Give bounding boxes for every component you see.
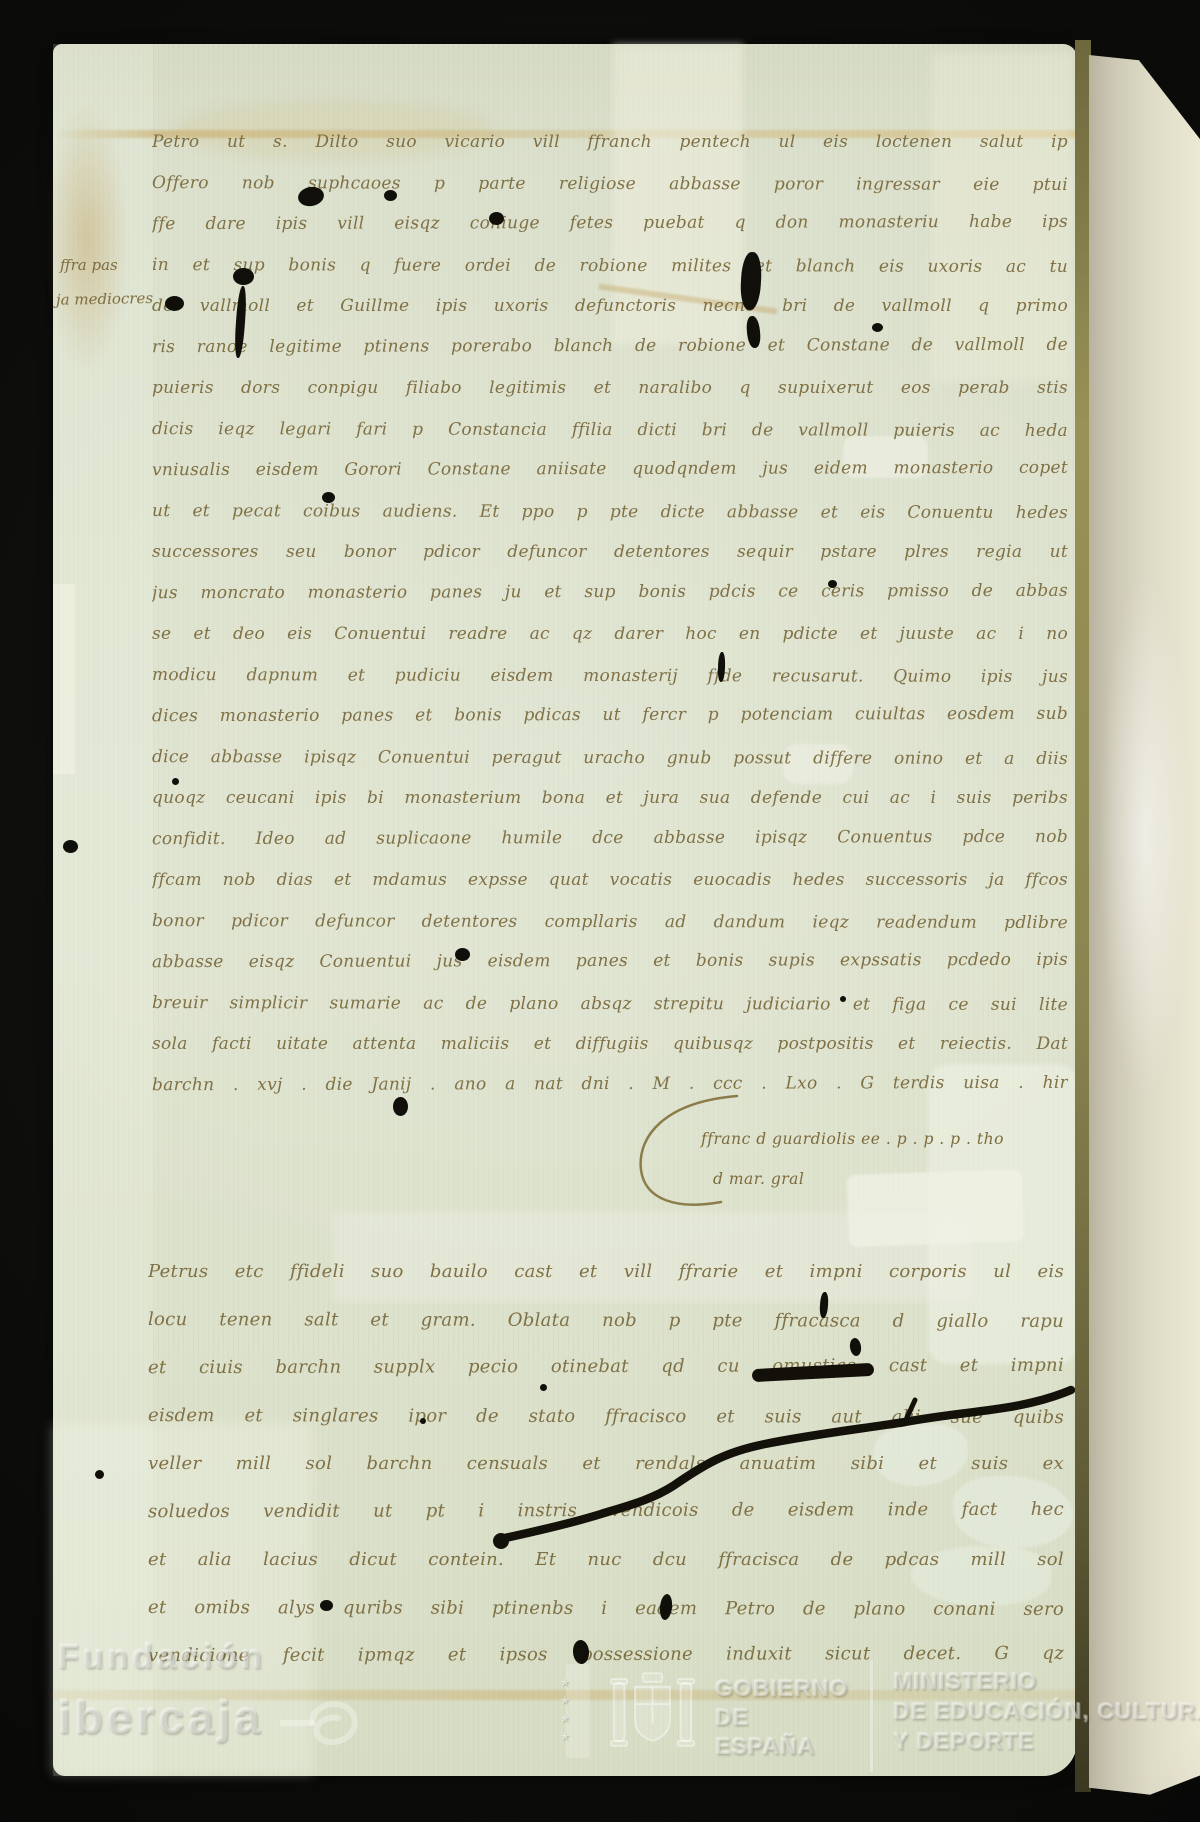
manuscript-line: dice abbasse ipisqz Conuentui peragut ur… [152,737,1068,780]
ink-hole [233,268,254,285]
gobierno-line-1: GOBIERNO [715,1674,852,1703]
manuscript-line: modicu dapnum et pudiciu eisdem monaster… [152,655,1068,698]
manuscript-page: ffra pas ja mediocres Petro ut s. Dilto … [53,44,1077,1776]
stain [53,584,75,774]
margin-note-2: ja mediocres [56,289,153,309]
ink-hole [322,492,335,503]
adjacent-page-edge [1089,48,1200,1800]
manuscript-line: ffcam nob dias et mdamus expsse quat voc… [152,860,1068,901]
margin-note-1: ffra pas [60,256,118,274]
star-icon: ★ [560,1694,570,1707]
scribe-signature-line-2: d mar. gral [713,1170,804,1188]
star-icon: ★ [560,1676,570,1689]
signature-flourish [641,1096,737,1205]
ink-hole [320,1600,333,1611]
manuscript-line: de vallmoll et Guillme ipis uxoris defun… [152,286,1068,327]
manuscript-line: sola facti uitate attenta maliciis et di… [152,1024,1068,1065]
ministerio-line-1: MINISTERIO [893,1666,1200,1696]
manuscript-line: Offero nob suphcaoes p parte religiose a… [152,163,1068,206]
manuscript-text-block-2: Petrus etc ffideli suo bauilo cast et vi… [148,1248,1064,1680]
ministerio-line-3: Y DEPORTE [893,1726,1200,1756]
manuscript-line: eisdem et singlares ipor de stato ffraci… [148,1392,1064,1442]
manuscript-line: ffe dare ipis vill eisqz coniuge fetes p… [152,202,1068,245]
scribe-signature-line-1: ffranc d guardiolis ee . p . p . p . tho [701,1130,1004,1148]
manuscript-line: in et sup bonis q fuere ordei de robione… [152,245,1068,288]
repair-patch [847,1169,1024,1247]
manuscript-line: abbasse eisqz Conuentui jus eisdem panes… [152,940,1068,983]
ink-hole [540,1384,547,1391]
book-gutter [1075,40,1091,1792]
manuscript-line: bonor pdicor defuncor detentores complla… [152,901,1068,944]
manuscript-line: se et deo eis Conuentui readre ac qz dar… [152,614,1068,655]
ink-hole [393,1097,408,1116]
ink-hole [840,996,846,1002]
manuscript-line: et omibs alys quribs sibi ptinenbs i ead… [148,1584,1064,1634]
ink-hole [172,778,179,785]
ink-hole [95,1470,104,1479]
ink-hole [384,190,397,201]
manuscript-line: ut et pecat coibus audiens. Et ppo p pte… [152,491,1068,534]
manuscript-line: dices monasterio panes et bonis pdicas u… [152,694,1068,737]
manuscript-line: dicis ieqz legari fari p Constancia ffil… [152,409,1068,452]
manuscript-line: soluedos vendidit ut pt i instris vendic… [148,1486,1064,1536]
manuscript-line: et alia lacius dicut contein. Et nuc dcu… [148,1536,1064,1584]
manuscript-photo: ffra pas ja mediocres Petro ut s. Dilto … [0,0,1200,1822]
photo-root: { "photo": { "background_color": "#0d0d0… [0,0,1200,1822]
manuscript-line: vniusalis eisdem Gorori Constane aniisat… [152,448,1068,491]
ink-hole [455,948,470,961]
ink-hole [489,212,504,225]
manuscript-line: confidit. Ideo ad suplicaone humile dce … [152,817,1068,860]
manuscript-line: breuir simplicir sumarie ac de plano abs… [152,983,1068,1026]
stain [49,104,133,374]
manuscript-line: locu tenen salt et gram. Oblata nob p pt… [148,1296,1064,1346]
gobierno-line-2: DE ESPAÑA [715,1703,852,1761]
manuscript-line: successores seu bonor pdicor defuncor de… [152,532,1068,573]
watermark-fundacion-text: Fundación [58,1638,360,1677]
watermark-government: ★ ★ ★ ★ GOBIERNO DE ESPAÑA MINISTE [566,1658,1200,1772]
manuscript-line: puieris dors conpigu filiabo legitimis e… [152,368,1068,409]
manuscript-line: veller mill sol barchn censuals et renda… [148,1440,1064,1488]
manuscript-line: barchn . xvj . die Janij . ano a nat dni… [152,1063,1068,1106]
manuscript-text-block-1: Petro ut s. Dilto suo vicario vill ffran… [152,122,1068,1106]
watermark-ministerio-text: MINISTERIO DE EDUCACIÓN, CULTURA Y DEPOR… [893,1666,1200,1756]
manuscript-line: Petrus etc ffideli suo bauilo cast et vi… [148,1248,1064,1296]
spain-coat-of-arms-icon [606,1666,699,1754]
manuscript-line: quoqz ceucani ipis bi monasterium bona e… [152,778,1068,819]
ink-hole [872,323,883,332]
ministerio-line-2: DE EDUCACIÓN, CULTURA [893,1696,1200,1726]
star-icon: ★ [560,1712,570,1725]
watermark-ibercaja-text: ibercaja [58,1694,264,1740]
watermark-divider [870,1660,873,1772]
ibercaja-logo-icon [280,1687,360,1753]
manuscript-line: jus moncrato monasterio panes ju et sup … [152,571,1068,614]
ink-hole [420,1418,426,1424]
watermark-ibercaja: Fundación ibercaja [58,1638,360,1753]
manuscript-line: ris ranoe legitime ptinens porerabo blan… [152,325,1068,368]
ink-hole [63,840,78,853]
flag-bar-icon: ★ ★ ★ ★ [566,1664,590,1758]
star-icon: ★ [560,1730,570,1743]
watermark-gobierno-text: GOBIERNO DE ESPAÑA [715,1674,852,1761]
manuscript-line: et ciuis barchn supplx pecio otinebat qd… [148,1342,1064,1392]
ink-hole [165,296,184,311]
manuscript-line: Petro ut s. Dilto suo vicario vill ffran… [152,122,1068,163]
ink-hole [828,580,837,588]
